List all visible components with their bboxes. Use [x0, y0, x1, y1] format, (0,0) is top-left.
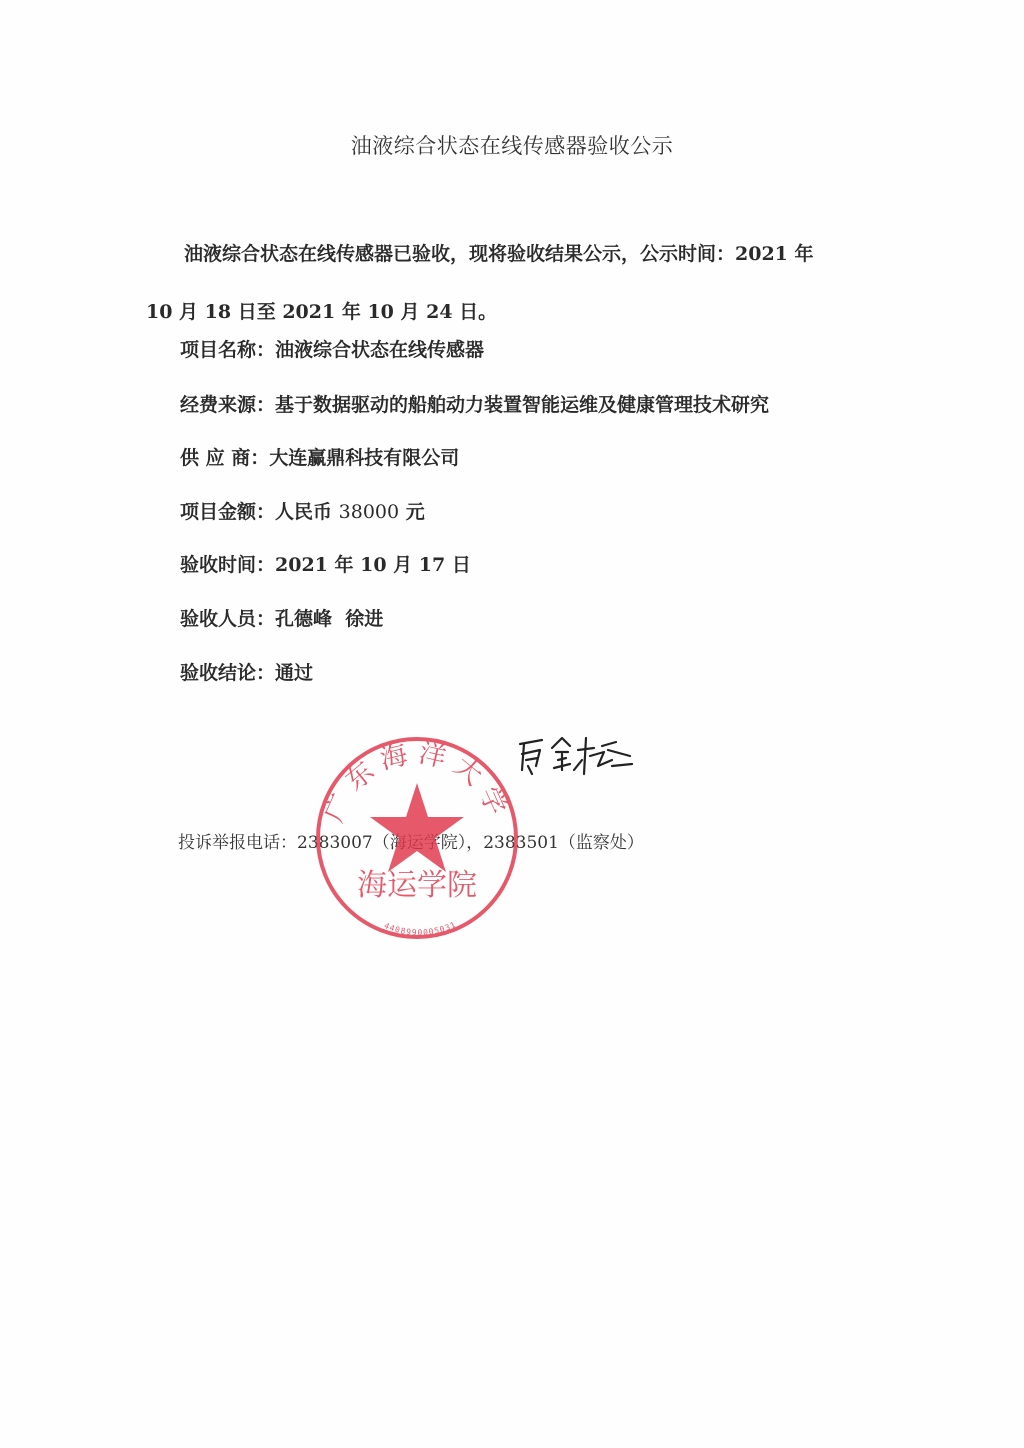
amount-number: 38000 [339, 501, 399, 523]
field-value: 孔德峰 徐进 [275, 608, 383, 630]
seal-center-text: 海运学院 [357, 868, 477, 903]
field-label: 验收结论： [180, 662, 275, 684]
intro-paragraph: 油液综合状态在线传感器已验收，现将验收结果公示，公示时间：2021 年 10 月… [146, 225, 866, 341]
official-seal-stamp: 广东海洋大学 海运学院 4408990005031 [314, 735, 520, 941]
seal-star-icon [370, 783, 464, 872]
field-value: 基于数据驱动的船舶动力装置智能运维及健康管理技术研究 [275, 394, 769, 416]
handwritten-signature [512, 730, 637, 780]
field-value: 2021 年 10 月 17 日 [275, 554, 471, 576]
field-funding-source: 经费来源：基于数据驱动的船舶动力装置智能运维及健康管理技术研究 [180, 390, 769, 417]
field-label: 经费来源： [180, 394, 275, 416]
field-value: 大连赢鼎科技有限公司 [269, 447, 459, 469]
field-project-amount: 项目金额：人民币 38000 元 [180, 497, 425, 524]
field-label: 验收时间： [180, 554, 275, 576]
intro-line-2: 10 月 18 日至 2021 年 10 月 24 日。 [146, 283, 866, 341]
field-label: 验收人员： [180, 608, 275, 630]
document-page: 油液综合状态在线传感器验收公示 油液综合状态在线传感器已验收，现将验收结果公示，… [0, 0, 1024, 1448]
intro-line-1: 油液综合状态在线传感器已验收，现将验收结果公示，公示时间：2021 年 [146, 225, 866, 283]
field-acceptance-conclusion: 验收结论：通过 [180, 658, 313, 685]
field-value: 人民币 38000 元 [275, 501, 425, 523]
field-acceptance-date: 验收时间：2021 年 10 月 17 日 [180, 550, 471, 577]
field-supplier: 供 应 商：大连赢鼎科技有限公司 [180, 443, 459, 470]
field-label: 供 应 商： [180, 447, 269, 469]
field-label: 项目名称： [180, 339, 275, 361]
complaint-label: 投诉举报电话： [178, 833, 297, 853]
field-label: 项目金额： [180, 501, 275, 523]
field-value: 油液综合状态在线传感器 [275, 339, 484, 361]
field-value: 通过 [275, 662, 313, 684]
field-acceptance-personnel: 验收人员：孔德峰 徐进 [180, 604, 383, 631]
document-title: 油液综合状态在线传感器验收公示 [0, 130, 1024, 160]
field-project-name: 项目名称：油液综合状态在线传感器 [180, 335, 484, 362]
